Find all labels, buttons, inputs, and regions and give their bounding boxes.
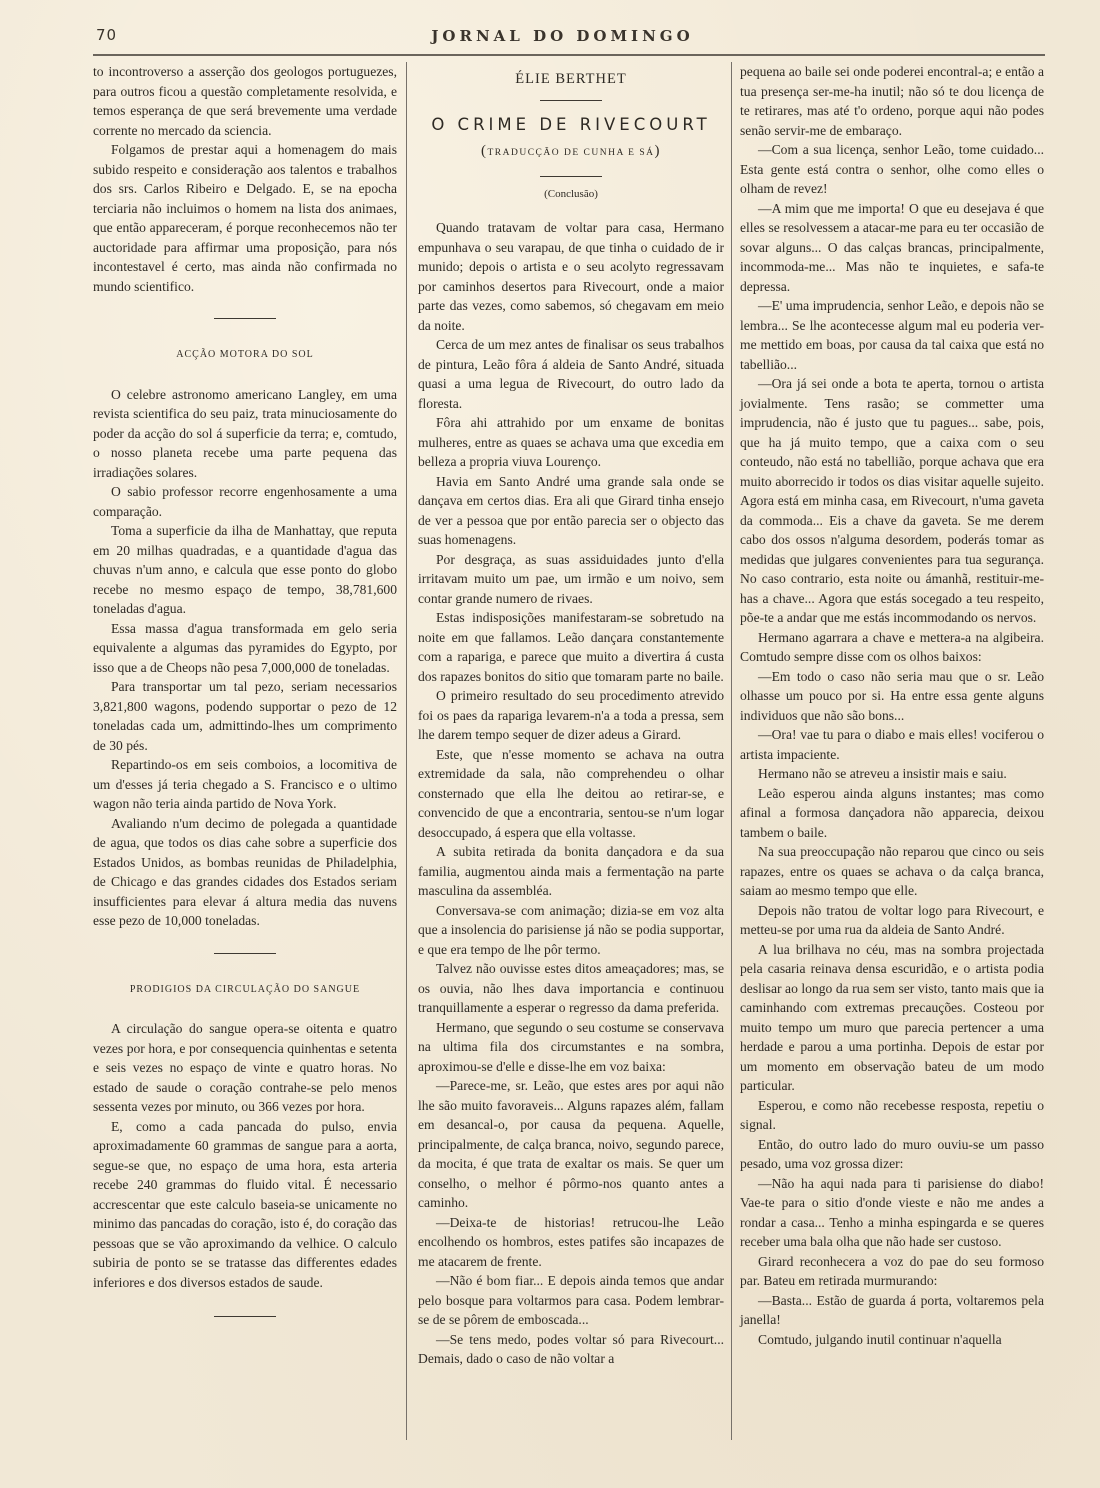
paragraph: Na sua preoccupação não reparou que cinc…	[740, 842, 1044, 901]
section-separator	[214, 318, 276, 319]
paragraph: A circulação do sangue opera-se oitenta …	[93, 1019, 397, 1117]
paragraph: Este, que n'esse momento se achava na ou…	[418, 745, 724, 843]
paragraph: —E' uma imprudencia, senhor Leão, e depo…	[740, 296, 1044, 374]
conclusion-note: (Conclusão)	[418, 185, 724, 205]
paragraph: Para transportar um tal pezo, seriam nec…	[93, 677, 397, 755]
paragraph: —Basta... Estão de guarda á porta, volta…	[740, 1291, 1044, 1330]
paragraph: O celebre astronomo americano Langley, e…	[93, 385, 397, 483]
paragraph: Hermano não se atreveu a insistir mais e…	[740, 764, 1044, 784]
paragraph: Havia em Santo André uma grande sala ond…	[418, 472, 724, 550]
paragraph: Hermano, que segundo o seu costume se co…	[418, 1018, 724, 1077]
paragraph: E, como a cada pancada do pulso, envia a…	[93, 1117, 397, 1293]
paragraph: Conversava-se com animação; dizia-se em …	[418, 901, 724, 960]
paragraph: Girard reconhecera a voz do pae do seu f…	[740, 1252, 1044, 1291]
paragraph: Esperou, e como não recebesse resposta, …	[740, 1096, 1044, 1135]
paragraph: —Em todo o caso não seria mau que o sr. …	[740, 667, 1044, 726]
paragraph: —Parece-me, sr. Leão, que estes ares por…	[418, 1076, 724, 1213]
column-2: ÉLIE BERTHET O CRIME DE RIVECOURT (TRADU…	[418, 62, 724, 1369]
story-title: O CRIME DE RIVECOURT	[418, 115, 724, 135]
paragraph: —Ora! vae tu para o diabo e mais elles! …	[740, 725, 1044, 764]
title-separator	[540, 176, 602, 177]
article-body-blood: A circulação do sangue opera-se oitenta …	[93, 1019, 397, 1292]
story-body-col-3: pequena ao baile sei onde poderei encont…	[740, 62, 1044, 1349]
paragraph: Talvez não ouvisse estes ditos ameaçador…	[418, 959, 724, 1018]
paragraph: to incontroverso a asserção dos geologos…	[93, 62, 397, 140]
paragraph: —Com a sua licença, senhor Leão, tome cu…	[740, 140, 1044, 199]
paragraph: Essa massa d'agua transformada em gelo s…	[93, 619, 397, 678]
paragraph: Por desgraça, as suas assiduidades junto…	[418, 550, 724, 609]
story-body-col-2: Quando tratavam de voltar para casa, Her…	[418, 218, 724, 1369]
paragraph: Quando tratavam de voltar para casa, Her…	[418, 218, 724, 335]
paragraph: —Não é bom fiar... E depois ainda temos …	[418, 1271, 724, 1330]
paren-close: )	[654, 143, 661, 159]
column-divider-right	[731, 62, 732, 1440]
paragraph: Folgamos de prestar aqui a homenagem do …	[93, 140, 397, 296]
paragraph: Avaliando n'um decimo de polegada a quan…	[93, 814, 397, 931]
paragraph: Leão esperou ainda alguns instantes; mas…	[740, 784, 1044, 843]
article-body-sun: O celebre astronomo americano Langley, e…	[93, 385, 397, 931]
end-separator	[214, 1316, 276, 1317]
masthead: JORNAL DO DOMINGO	[80, 27, 1045, 45]
author-separator	[540, 100, 602, 101]
header-rule	[93, 54, 1045, 56]
paragraph: pequena ao baile sei onde poderei encont…	[740, 62, 1044, 140]
paragraph: —Ora já sei onde a bota te aperta, torno…	[740, 374, 1044, 628]
paragraph: Estas indisposições manifestaram-se sobr…	[418, 608, 724, 686]
paragraph: A lua brilhava no céu, mas na sombra pro…	[740, 940, 1044, 1096]
section-separator	[214, 953, 276, 954]
story-author: ÉLIE BERTHET	[418, 70, 724, 90]
paragraph: O sabio professor recorre engenhosamente…	[93, 482, 397, 521]
column-1: to incontroverso a asserção dos geologos…	[93, 62, 397, 1335]
paragraph: Hermano agarrara a chave e mettera-a na …	[740, 628, 1044, 667]
paragraph: O primeiro resultado do seu procedimento…	[418, 686, 724, 745]
paragraph: Toma a superficie da ilha de Manhattay, …	[93, 521, 397, 619]
column-3: pequena ao baile sei onde poderei encont…	[740, 62, 1044, 1349]
continuation-text: to incontroverso a asserção dos geologos…	[93, 62, 397, 296]
column-divider-left	[406, 62, 407, 1440]
paragraph: —Deixa-te de historias! retrucou-lhe Leã…	[418, 1213, 724, 1272]
article-title-sun: ACÇÃO MOTORA DO SOL	[93, 345, 397, 365]
paragraph: Comtudo, julgando inutil continuar n'aqu…	[740, 1330, 1044, 1350]
translation-text: TRADUCÇÃO DE CUNHA E SÁ	[488, 148, 655, 158]
paragraph: Fôra ahi attrahido por um enxame de boni…	[418, 413, 724, 472]
paragraph: —A mim que me importa! O que eu desejava…	[740, 199, 1044, 297]
paragraph: A subita retirada da bonita dançadora e …	[418, 842, 724, 901]
paragraph: Então, do outro lado do muro ouviu-se um…	[740, 1135, 1044, 1174]
paragraph: —Se tens medo, podes voltar só para Rive…	[418, 1330, 724, 1369]
paragraph: Depois não tratou de voltar logo para Ri…	[740, 901, 1044, 940]
paragraph: Repartindo-os em seis comboios, a locomi…	[93, 755, 397, 814]
translation-credit: (TRADUCÇÃO DE CUNHA E SÁ)	[418, 142, 724, 164]
paragraph: —Não ha aqui nada para ti parisiense do …	[740, 1174, 1044, 1252]
paragraph: Cerca de um mez antes de finalisar os se…	[418, 335, 724, 413]
article-title-blood: PRODIGIOS DA CIRCULAÇÃO DO SANGUE	[93, 980, 397, 1000]
